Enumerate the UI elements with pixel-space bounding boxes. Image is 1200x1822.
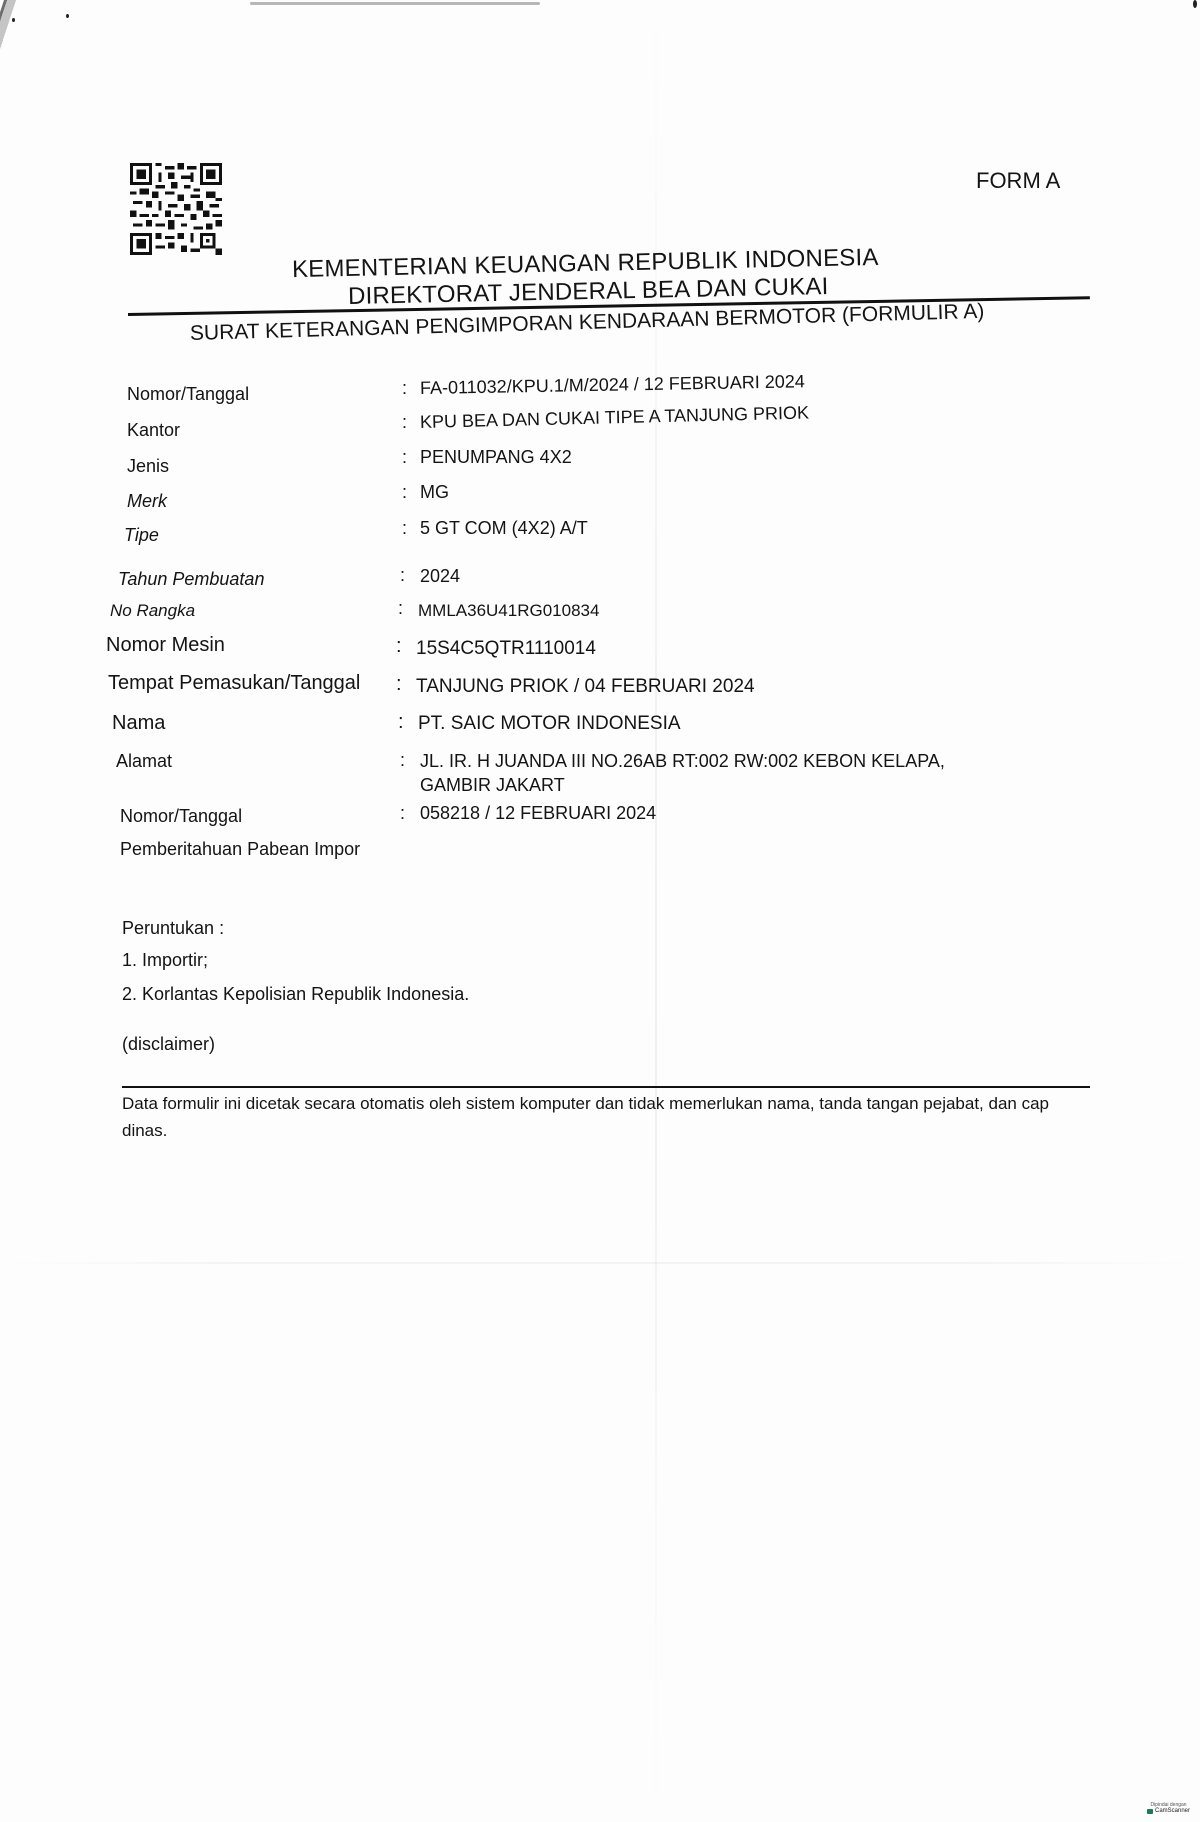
scanner-watermark: Dipindai dengan CamScanner [1147,1802,1190,1816]
scan-speck [12,18,15,22]
field-label-tipe: Tipe [124,525,159,546]
scan-speck [66,14,69,18]
field-label-nama: Nama [112,712,165,735]
field-label-kantor: Kantor [127,420,180,441]
scan-top-artifact [250,2,540,5]
field-value-no-rangka: MMLA36U41RG010834 [418,601,599,621]
field-value-nomor-mesin: 15S4C5QTR1110014 [416,638,596,660]
field-label-tahun-pembuatan: Tahun Pembuatan [118,569,264,590]
field-value-nomor-tanggal-pib: 058218 / 12 FEBRUARI 2024 [420,803,656,824]
field-colon: : [402,378,407,399]
disclaimer-divider [122,1086,1090,1088]
field-colon: : [402,518,407,539]
field-label-alamat: Alamat [116,751,172,772]
field-value-jenis: PENUMPANG 4X2 [420,447,572,468]
field-colon: : [400,565,405,586]
field-value-tahun-pembuatan: 2024 [420,566,460,587]
field-label-pemberitahuan-pabean: Pemberitahuan Pabean Impor [120,839,360,860]
watermark-brand: CamScanner [1155,1808,1190,1814]
field-colon: : [402,482,407,503]
field-value-merk: MG [420,482,449,503]
field-label-no-rangka: No Rangka [110,601,195,621]
field-label-jenis: Jenis [127,456,169,477]
field-label-nomor-tanggal-pib: Nomor/Tanggal [120,806,242,827]
field-value-alamat: JL. IR. H JUANDA III NO.26AB RT:002 RW:0… [420,751,945,772]
field-value-tipe: 5 GT COM (4X2) A/T [420,518,588,539]
field-value-tempat-pemasukan: TANJUNG PRIOK / 04 FEBRUARI 2024 [416,676,755,698]
paper-fold-horizontal [0,1262,1200,1264]
field-colon: : [398,598,403,619]
form-code-label: FORM A [976,168,1060,194]
qr-code-icon [130,163,222,255]
disclaimer-text: Data formulir ini dicetak secara otomati… [122,1090,1082,1144]
field-label-nomor-mesin: Nomor Mesin [106,634,225,657]
peruntukan-item: 2. Korlantas Kepolisian Republik Indones… [122,984,469,1005]
peruntukan-heading: Peruntukan : [122,918,224,939]
field-colon: : [400,803,405,824]
scan-speck [1193,0,1197,8]
disclaimer-label: (disclaimer) [122,1034,215,1055]
field-value-nama: PT. SAIC MOTOR INDONESIA [418,713,681,735]
peruntukan-item: 1. Importir; [122,950,208,971]
field-colon: : [402,412,407,433]
field-label-nomor-tanggal: Nomor/Tanggal [127,384,249,405]
field-colon: : [400,750,405,771]
field-colon: : [396,635,402,658]
field-value-kantor: KPU BEA DAN CUKAI TIPE A TANJUNG PRIOK [420,402,810,433]
field-colon: : [396,673,402,696]
field-value-nomor-tanggal: FA-011032/KPU.1/M/2024 / 12 FEBRUARI 202… [420,371,805,399]
field-label-merk: Merk [127,491,167,512]
camscanner-logo-icon [1147,1809,1153,1814]
field-colon: : [398,711,404,734]
field-value-alamat-line2: GAMBIR JAKART [420,775,565,796]
field-colon: : [402,447,407,468]
field-label-tempat-pemasukan: Tempat Pemasukan/Tanggal [108,672,360,695]
